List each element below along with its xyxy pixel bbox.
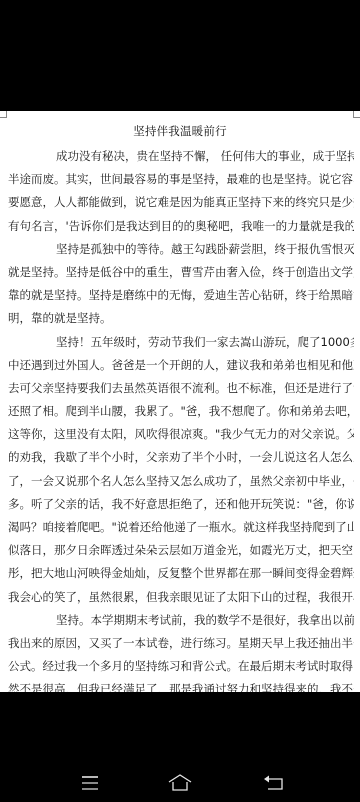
back-icon: [262, 774, 286, 792]
page-corner-mark-top-left: [0, 111, 7, 118]
text-line: 我会心的笑了，虽然很累，但我亲眼见证了太阳下山的过程，我很开心我坚持了。: [8, 586, 354, 609]
text-line: 公式。经过我一个多月的坚持练习和背公式。在最后期末考试时取得了好成绩，虽: [8, 655, 354, 678]
menu-button[interactable]: [78, 774, 102, 792]
text-line: 明，靠的就是坚持。: [8, 307, 354, 330]
text-line: 还照了相。爬到半山腰，我累了。"爸，我不想爬了。你和弟弟去吧，我和妈妈在: [8, 400, 354, 423]
text-line: 渴吗？咱接着爬吧。"说着还给他递了一瓶水。就这样我坚持爬到了山顶，那时恰: [8, 516, 354, 539]
text-line: 我出来的原因，又买了一本试卷，进行练习。星期天早上我还抽出半个小时背数学: [8, 632, 354, 655]
text-line: 中还遇到过外国人。爸爸是一个开朗的人，建议我和弟弟也相见和他对话。我不想: [8, 354, 354, 377]
text-line: 这等你，这里没有太阳，风吹得很凉爽。"我少气无力的对父亲说。父亲开始耐心: [8, 423, 354, 446]
document-body: 成功没有秘决，贵在坚持不懈， 任何伟大的事业，成于坚持不懈，毁于 半途而废。其实…: [8, 145, 354, 692]
text-line: 成功没有秘决，贵在坚持不懈， 任何伟大的事业，成于坚持不懈，毁于: [8, 145, 354, 168]
text-line: 去可父亲坚持要我们去虽然英语很不流利。也不标准，但还是进行了简单的交流，: [8, 377, 354, 400]
home-icon: [168, 774, 192, 792]
page-corner-mark-top-right: [353, 111, 360, 118]
text-line: 坚持！五年级时，劳动节我们一家去嵩山游玩，爬了1000多米的山。途: [8, 331, 354, 354]
text-line: 就是坚持。坚持是低谷中的重生，曹雪芹由奢入俭，终于创造出文学史上的奇迹，: [8, 261, 354, 284]
text-line: 靠的就是坚持。坚持是磨练中的无悔，爱迪生苦心钻研，终于给黑暗世界带来了光: [8, 284, 354, 307]
text-line: 似落日，那夕日余晖透过朵朵云层如万道金光，如霞光万丈，把天空白云染得红彤: [8, 539, 354, 562]
text-line: 的劝我，我歇了半个小时，父亲劝了半个小时，一会儿说这名人怎么坚持怎么成功: [8, 446, 354, 469]
home-button[interactable]: [168, 774, 192, 792]
text-line: 要愿意，人人都能做到，说它难是因为能真正坚持下来的终究只是少数人。巴斯德: [8, 191, 354, 214]
back-button[interactable]: [262, 774, 286, 792]
document-page[interactable]: 坚持伴我温暖前行 成功没有秘决，贵在坚持不懈， 任何伟大的事业，成于坚持不懈，毁…: [0, 111, 360, 692]
document-title: 坚持伴我温暖前行: [0, 123, 360, 139]
text-line: 多。听了父亲的话，我不好意思拒绝了，还和他开玩笑说："爸，你说了半小时不: [8, 493, 354, 516]
menu-icon: [78, 774, 102, 792]
text-line: 了，一会又说那个名人怎么坚持又怎么成功了，虽然父亲初中毕业，但知道的很: [8, 470, 354, 493]
system-navigation-bar: [0, 692, 360, 802]
text-line: 彤，把大地山河映得金灿灿，反复整个世界都在那一瞬间变得金碧辉煌热情起来。: [8, 562, 354, 585]
text-line: 然不是很高，但我已经满足了，那是我通过努力和坚持得来的，我不会因此感到骄: [8, 678, 354, 692]
text-line: 坚持。本学期期末考试前，我的数学不是很好，我拿出以前的试卷分析了: [8, 609, 354, 632]
top-black-area: [0, 0, 360, 111]
text-line: 半途而废。其实，世间最容易的事是坚持，最难的也是坚持。说它容易，是因为只: [8, 168, 354, 191]
text-line: 坚持是孤独中的等待。越王勾践卧薪尝胆，终于报仇雪恨灭掉吴国，靠的: [8, 238, 354, 261]
text-line: 有句名言，'告诉你们是我达到目的的奥秘吧，我唯一的力量就是我的坚持精神': [8, 215, 354, 238]
